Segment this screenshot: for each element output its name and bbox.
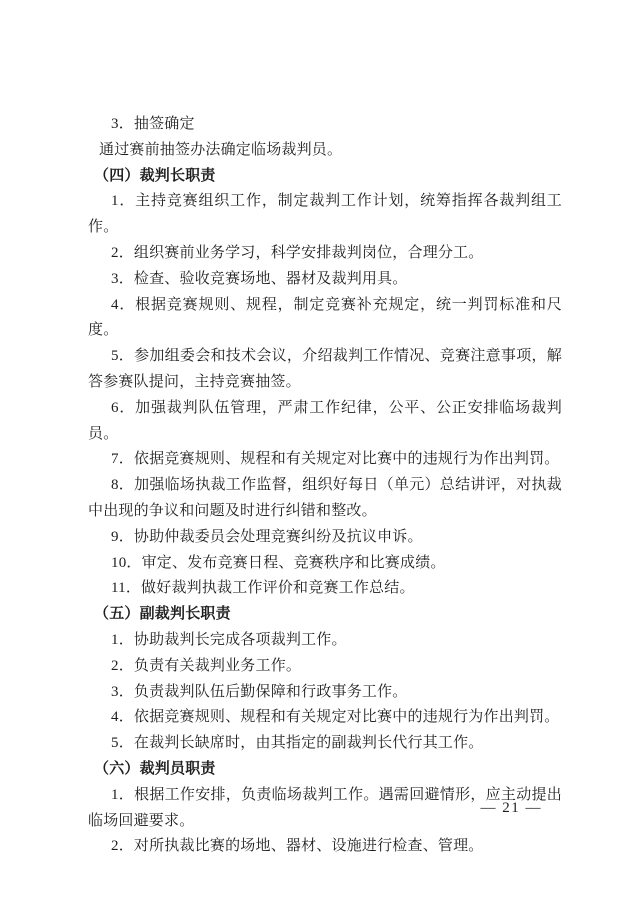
- paragraph: 1．协助裁判长完成各项裁判工作。: [88, 628, 562, 654]
- paragraph: 9．协助仲裁委员会处理竞赛纠纷及抗议申诉。: [88, 525, 562, 551]
- paragraph: 1．主持竞赛组织工作，制定裁判工作计划，统筹指挥各裁判组工作。: [88, 189, 562, 241]
- page-number: — 21 —: [481, 800, 543, 817]
- paragraph: 通过赛前抽签办法确定临场裁判员。: [88, 138, 562, 164]
- paragraph: 3．检查、验收竞赛场地、器材及裁判用具。: [88, 267, 562, 293]
- section-heading: （六）裁判员职责: [88, 757, 562, 783]
- paragraph: 4．根据竞赛规则、规程，制定竞赛补充规定，统一判罚标准和尺度。: [88, 293, 562, 345]
- paragraph: 6．加强裁判队伍管理，严肃工作纪律，公平、公正安排临场裁判员。: [88, 396, 562, 448]
- paragraph: 3．负责裁判队伍后勤保障和行政事务工作。: [88, 680, 562, 706]
- document-body: 3．抽签确定通过赛前抽签办法确定临场裁判员。（四）裁判长职责1．主持竞赛组织工作…: [88, 112, 562, 860]
- paragraph: 2．对所执裁比赛的场地、器材、设施进行检查、管理。: [88, 834, 562, 860]
- paragraph: 3．抽签确定: [88, 112, 562, 138]
- paragraph: 5．在裁判长缺席时，由其指定的副裁判长代行其工作。: [88, 731, 562, 757]
- paragraph: 5．参加组委会和技术会议，介绍裁判工作情况、竞赛注意事项，解答参赛队提问，主持竞…: [88, 344, 562, 396]
- document-page: 3．抽签确定通过赛前抽签办法确定临场裁判员。（四）裁判长职责1．主持竞赛组织工作…: [0, 0, 637, 900]
- paragraph: 4．依据竞赛规则、规程和有关规定对比赛中的违规行为作出判罚。: [88, 705, 562, 731]
- paragraph: 7．依据竞赛规则、规程和有关规定对比赛中的违规行为作出判罚。: [88, 447, 562, 473]
- paragraph: 10．审定、发布竞赛日程、竞赛秩序和比赛成绩。: [88, 551, 562, 577]
- paragraph: 8．加强临场执裁工作监督，组织好每日（单元）总结讲评，对执裁中出现的争议和问题及…: [88, 473, 562, 525]
- paragraph: 2．负责有关裁判业务工作。: [88, 654, 562, 680]
- section-heading: （四）裁判长职责: [88, 164, 562, 190]
- paragraph: 2．组织赛前业务学习，科学安排裁判岗位，合理分工。: [88, 241, 562, 267]
- paragraph: 11．做好裁判执裁工作评价和竞赛工作总结。: [88, 576, 562, 602]
- section-heading: （五）副裁判长职责: [88, 602, 562, 628]
